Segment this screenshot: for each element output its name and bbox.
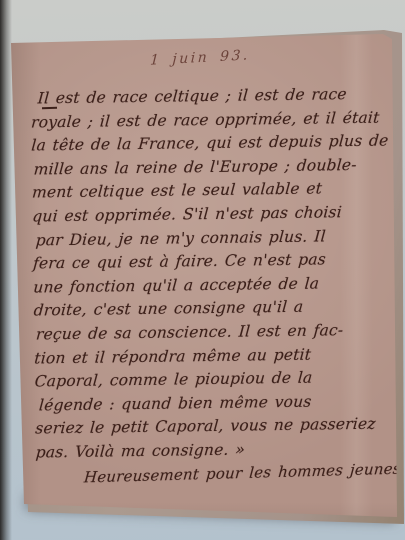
letter-sheet: 1 juin 93. Il est de race celtique ; il … (0, 0, 405, 540)
surface-edge-shadow (0, 0, 12, 540)
letter-photo: 1 juin 93. Il est de race celtique ; il … (0, 0, 405, 540)
letter-date: 1 juin 93. (150, 47, 251, 68)
letter-body: Il est de race celtique ; il est de race… (30, 85, 391, 467)
